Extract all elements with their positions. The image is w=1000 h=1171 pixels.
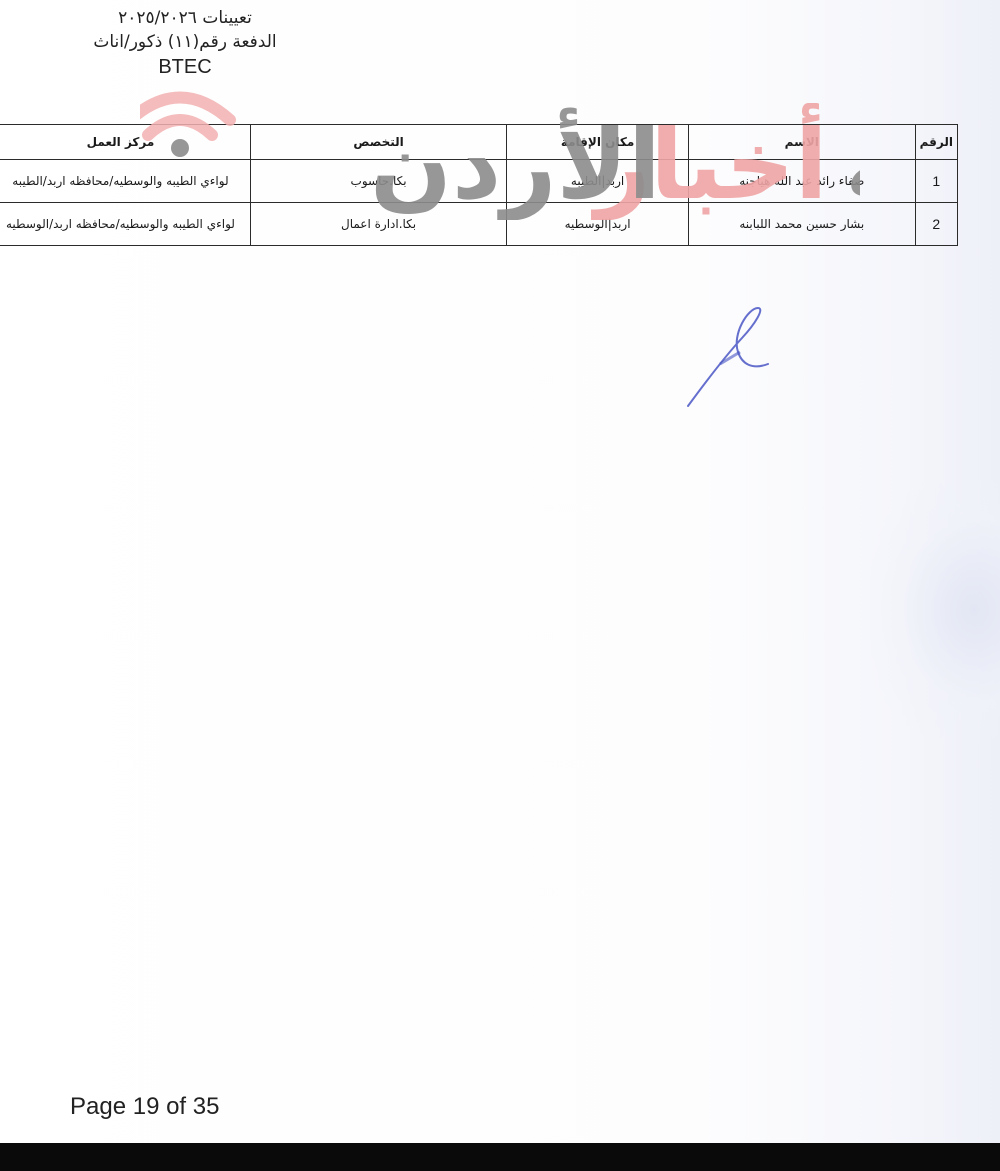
column-header-name: الاسم	[688, 125, 915, 160]
cell-specialization: بكا.حاسوب	[250, 160, 506, 203]
header-batch: الدفعة رقم(١١) ذكور/اناث	[60, 30, 310, 54]
table-row: 2 بشار حسين محمد اللبابنه اربد|الوسطيه ب…	[0, 203, 958, 246]
document-header: تعيينات ٢٠٢٥/٢٠٢٦ الدفعة رقم(١١) ذكور/ان…	[60, 6, 310, 80]
cell-specialization: بكا.ادارة اعمال	[250, 203, 506, 246]
scan-edge-bar	[0, 1143, 1000, 1171]
cell-residence: اربد|الطيبه	[507, 160, 689, 203]
page-shadow	[870, 480, 1000, 740]
column-header-specialization: التخصص	[250, 125, 506, 160]
appointments-table: الرقم الاسم مكان الإقامة التخصص مركز الع…	[0, 124, 958, 246]
column-header-residence: مكان الإقامة	[507, 125, 689, 160]
column-header-work-center: مركز العمل	[0, 125, 250, 160]
cell-work-center: لواءي الطيبه والوسطيه/محافظه اربد/الطيبه	[0, 160, 250, 203]
signature-mark	[680, 296, 790, 416]
table-row: 1 صفاء رائد عبد الله هياجنه اربد|الطيبه …	[0, 160, 958, 203]
cell-residence: اربد|الوسطيه	[507, 203, 689, 246]
header-program: BTEC	[60, 54, 310, 80]
header-title: تعيينات ٢٠٢٥/٢٠٢٦	[60, 6, 310, 30]
cell-name: صفاء رائد عبد الله هياجنه	[688, 160, 915, 203]
cell-name: بشار حسين محمد اللبابنه	[688, 203, 915, 246]
table-header-row: الرقم الاسم مكان الإقامة التخصص مركز الع…	[0, 125, 958, 160]
column-header-number: الرقم	[915, 125, 957, 160]
cell-number: 2	[915, 203, 957, 246]
cell-work-center: لواءي الطيبه والوسطيه/محافظه اربد/الوسطي…	[0, 203, 250, 246]
cell-number: 1	[915, 160, 957, 203]
page-number: Page 19 of 35	[70, 1093, 219, 1121]
